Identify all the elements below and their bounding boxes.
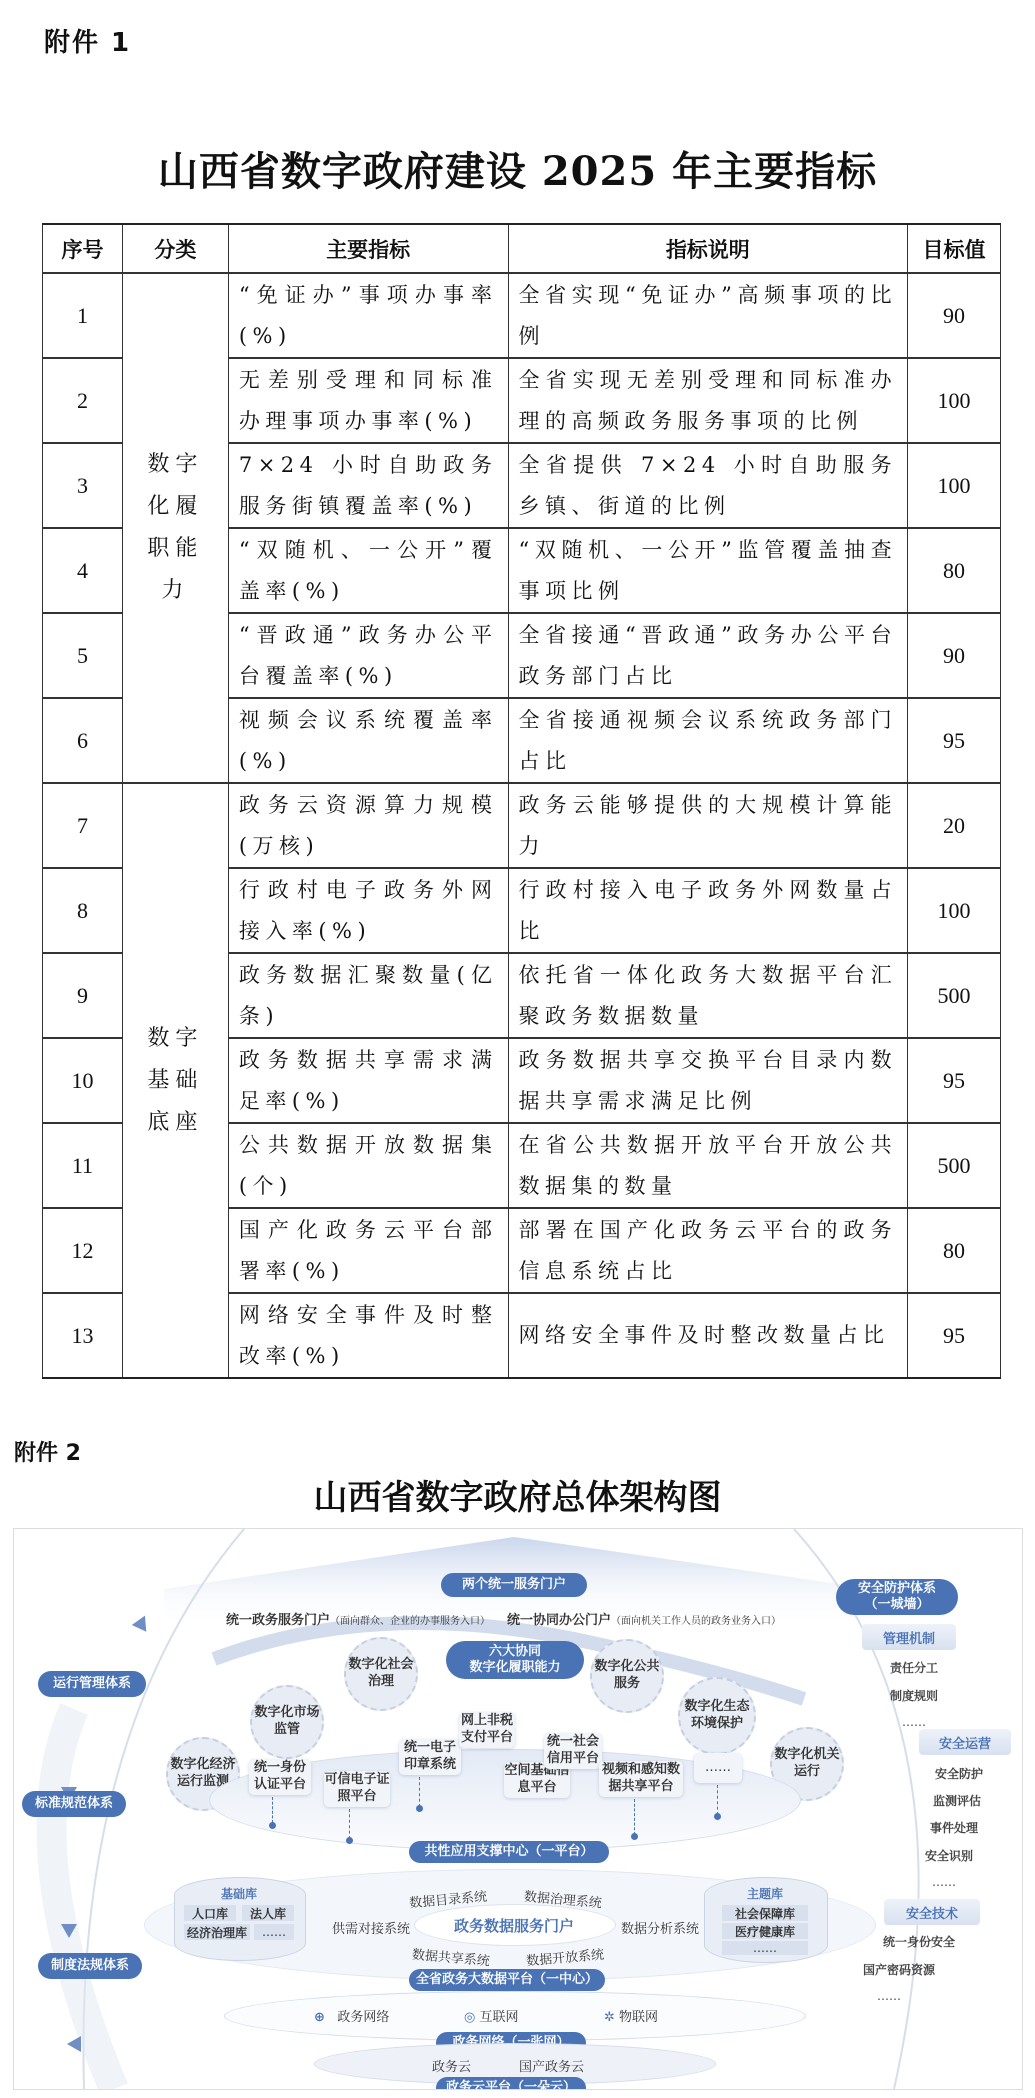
attachment-1-label: 附件 1	[44, 22, 131, 59]
db-social-security: 社会保障库	[722, 1905, 808, 1921]
db-economy: 经济治理库	[184, 1924, 250, 1940]
target-value-cell: 80	[908, 528, 1001, 613]
target-value-cell: 100	[908, 868, 1001, 953]
six-capabilities-center: 六大协同 数字化履职能力	[446, 1641, 584, 1679]
description-cell: 全省实现“免证办”高频事项的比例	[508, 273, 908, 358]
attachment-2-label: 附件 2	[14, 1436, 81, 1467]
description-cell: 政务云能够提供的大规模计算能力	[508, 783, 908, 868]
capability-public-service: 数字化公共服务	[590, 1639, 664, 1713]
row-number: 10	[43, 1038, 123, 1123]
platform-e-seal: 统一电子印章系统	[399, 1739, 461, 1775]
capability-ecology: 数字化生态环境保护	[678, 1677, 756, 1755]
description-cell: 行政村接入电子政务外网数量占比	[508, 868, 908, 953]
target-value-cell: 500	[908, 1123, 1001, 1208]
indicator-cell: 网络安全事件及时整改率(%)	[228, 1293, 508, 1378]
security-item: 安全识别	[904, 1847, 994, 1864]
indicator-cell: 国产化政务云平台部署率(%)	[228, 1208, 508, 1293]
network-iot: ✲ 物联网	[604, 2006, 658, 2025]
portal-government-service: 统一政务服务门户（面向群众、企业的办事服务入口）	[226, 1609, 490, 1628]
target-value-cell: 80	[908, 1208, 1001, 1293]
description-cell: 全省提供 7×24 小时自助服务乡镇、街道的比例	[508, 443, 908, 528]
platform-credit: 统一社会信用平台	[544, 1733, 602, 1769]
description-cell: 在省公共数据开放平台开放公共数据集的数量	[508, 1123, 908, 1208]
cloud-domestic: 国产政务云	[519, 2056, 584, 2075]
theme-database-title: 主题库	[704, 1885, 826, 1902]
security-item: ……	[899, 1875, 989, 1889]
description-cell: 全省接通“晋政通”政务办公平台政务部门占比	[508, 613, 908, 698]
table-header-row: 序号 分类 主要指标 指标说明 目标值	[43, 224, 1001, 273]
connector-dot	[714, 1813, 721, 1820]
col-header-indicator: 主要指标	[228, 224, 508, 273]
connector-dot	[346, 1837, 353, 1844]
connector-dot	[269, 1822, 276, 1829]
target-value-cell: 20	[908, 783, 1001, 868]
top-banner-two-portals: 两个统一服务门户	[441, 1573, 587, 1597]
category-cell: 数字化履职能力	[122, 273, 228, 783]
security-item: 责任分工	[874, 1659, 954, 1676]
indicator-cell: 政务云资源算力规模(万核)	[228, 783, 508, 868]
row-number: 4	[43, 528, 123, 613]
indicators-table: 序号 分类 主要指标 指标说明 目标值 1数字化履职能力“免证办”事项办事率(%…	[42, 223, 1001, 1379]
target-value-cell: 100	[908, 443, 1001, 528]
indicator-cell: 政务数据共享需求满足率(%)	[228, 1038, 508, 1123]
left-system-standards: 标准规范体系	[22, 1791, 126, 1817]
row-number: 12	[43, 1208, 123, 1293]
internet-icon: ◎	[464, 2010, 475, 2025]
connector	[634, 1799, 635, 1835]
target-value-cell: 95	[908, 1038, 1001, 1123]
network-internet: ◎ 互联网	[464, 2006, 519, 2025]
description-cell: 网络安全事件及时整改数量占比	[508, 1293, 908, 1378]
connector-dot	[416, 1805, 423, 1812]
indicator-cell: 政务数据汇聚数量(亿条)	[228, 953, 508, 1038]
indicator-cell: “双随机、一公开”覆盖率(%)	[228, 528, 508, 613]
system-supply-demand: 供需对接系统	[332, 1918, 410, 1937]
row-number: 5	[43, 613, 123, 698]
security-item: 监测评估	[912, 1792, 1002, 1809]
indicator-cell: 行政村电子政务外网接入率(%)	[228, 868, 508, 953]
data-center-one-center: 全省政务大数据平台（一中心）	[409, 1969, 605, 1991]
connector	[349, 1809, 350, 1839]
platform-identity: 统一身份认证平台	[249, 1759, 311, 1795]
security-group-operations: 安全运营	[919, 1729, 1011, 1755]
indicator-cell: 无差别受理和同标准办理事项办事率(%)	[228, 358, 508, 443]
iot-icon: ✲	[604, 2010, 615, 2025]
connector	[272, 1797, 273, 1823]
data-service-portal: 政务数据服务门户	[434, 1915, 594, 1936]
capability-social: 数字化社会治理	[344, 1637, 418, 1711]
row-number: 7	[43, 783, 123, 868]
architecture-diagram: 两个统一服务门户 统一政务服务门户（面向群众、企业的办事服务入口） 统一协同办公…	[13, 1528, 1023, 2090]
target-value-cell: 100	[908, 358, 1001, 443]
col-header-category: 分类	[122, 224, 228, 273]
target-value-cell: 95	[908, 1293, 1001, 1378]
platform-video-sensing: 视频和感知数据共享平台	[599, 1761, 683, 1797]
table-row: 1数字化履职能力“免证办”事项办事率(%)全省实现“免证办”高频事项的比例90	[43, 273, 1001, 358]
indicators-title: 山西省数字政府建设 2025 年主要指标	[0, 140, 1035, 197]
category-cell: 数字基础底座	[122, 783, 228, 1378]
security-group-technology: 安全技术	[884, 1899, 980, 1925]
row-number: 2	[43, 358, 123, 443]
row-number: 9	[43, 953, 123, 1038]
row-number: 11	[43, 1123, 123, 1208]
security-item: ……	[874, 1715, 954, 1729]
row-number: 8	[43, 868, 123, 953]
table-row: 7数字基础底座政务云资源算力规模(万核)政务云能够提供的大规模计算能力20	[43, 783, 1001, 868]
indicator-cell: 7×24 小时自助政务服务街镇覆盖率(%)	[228, 443, 508, 528]
db-healthcare: 医疗健康库	[722, 1923, 808, 1939]
platform-e-license: 可信电子证照平台	[324, 1771, 390, 1807]
system-analysis: 数据分析系统	[621, 1918, 699, 1937]
target-value-cell: 90	[908, 273, 1001, 358]
description-cell: “双随机、一公开”监管覆盖抽查事项比例	[508, 528, 908, 613]
security-item: 统一身份安全	[864, 1933, 974, 1950]
architecture-title: 山西省数字政府总体架构图	[0, 1470, 1035, 1519]
category-label: 数字基础底座	[145, 1018, 205, 1144]
col-header-target: 目标值	[908, 224, 1001, 273]
globe-icon: ⊕	[314, 2010, 325, 2025]
network-gov: ⊕ 政务网络	[314, 2006, 389, 2025]
portal-collaborative-office: 统一协同办公门户（面向机关工作人员的政务业务入口）	[507, 1609, 781, 1628]
description-cell: 全省实现无差别受理和同标准办理的高频政务服务事项的比例	[508, 358, 908, 443]
db-legal-person: 法人库	[242, 1905, 294, 1921]
row-number: 1	[43, 273, 123, 358]
db-theme-more: ……	[722, 1941, 808, 1955]
indicator-cell: “晋政通”政务办公平台覆盖率(%)	[228, 613, 508, 698]
platform-more: ……	[694, 1753, 742, 1783]
base-database-title: 基础库	[174, 1885, 304, 1902]
platform-payment: 网上非税支付平台	[459, 1712, 515, 1748]
col-header-no: 序号	[43, 224, 123, 273]
category-label: 数字化履职能力	[145, 444, 205, 612]
target-value-cell: 90	[908, 613, 1001, 698]
support-center-one-platform: 共性应用支撑中心（一平台）	[409, 1841, 609, 1863]
description-cell: 依托省一体化政务大数据平台汇聚政务数据数量	[508, 953, 908, 1038]
security-item: 制度规则	[874, 1687, 954, 1704]
connector	[717, 1785, 718, 1815]
description-cell: 部署在国产化政务云平台的政务信息系统占比	[508, 1208, 908, 1293]
cloud-gov: 政务云	[432, 2056, 471, 2075]
indicator-cell: “免证办”事项办事率(%)	[228, 273, 508, 358]
db-more: ……	[254, 1924, 294, 1940]
security-system-title: 安全防护体系 （一城墙）	[836, 1579, 958, 1615]
capability-market: 数字化市场监管	[250, 1685, 324, 1759]
row-number: 6	[43, 698, 123, 783]
col-header-description: 指标说明	[508, 224, 908, 273]
target-value-cell: 95	[908, 698, 1001, 783]
security-group-management: 管理机制	[862, 1624, 956, 1650]
row-number: 13	[43, 1293, 123, 1378]
description-cell: 政务数据共享交换平台目录内数据共享需求满足比例	[508, 1038, 908, 1123]
security-item: ……	[844, 1989, 934, 2003]
target-value-cell: 500	[908, 953, 1001, 1038]
security-item: 安全防护	[914, 1765, 1004, 1782]
description-cell: 全省接通视频会议系统政务部门占比	[508, 698, 908, 783]
security-item: 国产密码资源	[844, 1961, 954, 1978]
connector-dot	[631, 1833, 638, 1840]
cloud-center-one-cloud: 政务云平台（一朵云）	[436, 2077, 586, 2090]
left-system-operation: 运行管理体系	[38, 1671, 146, 1697]
indicator-cell: 视频会议系统覆盖率(%)	[228, 698, 508, 783]
indicator-cell: 公共数据开放数据集(个)	[228, 1123, 508, 1208]
security-item: 事件处理	[909, 1819, 999, 1836]
db-population: 人口库	[184, 1905, 236, 1921]
left-system-regulations: 制度法规体系	[38, 1953, 142, 1979]
connector	[419, 1777, 420, 1807]
row-number: 3	[43, 443, 123, 528]
